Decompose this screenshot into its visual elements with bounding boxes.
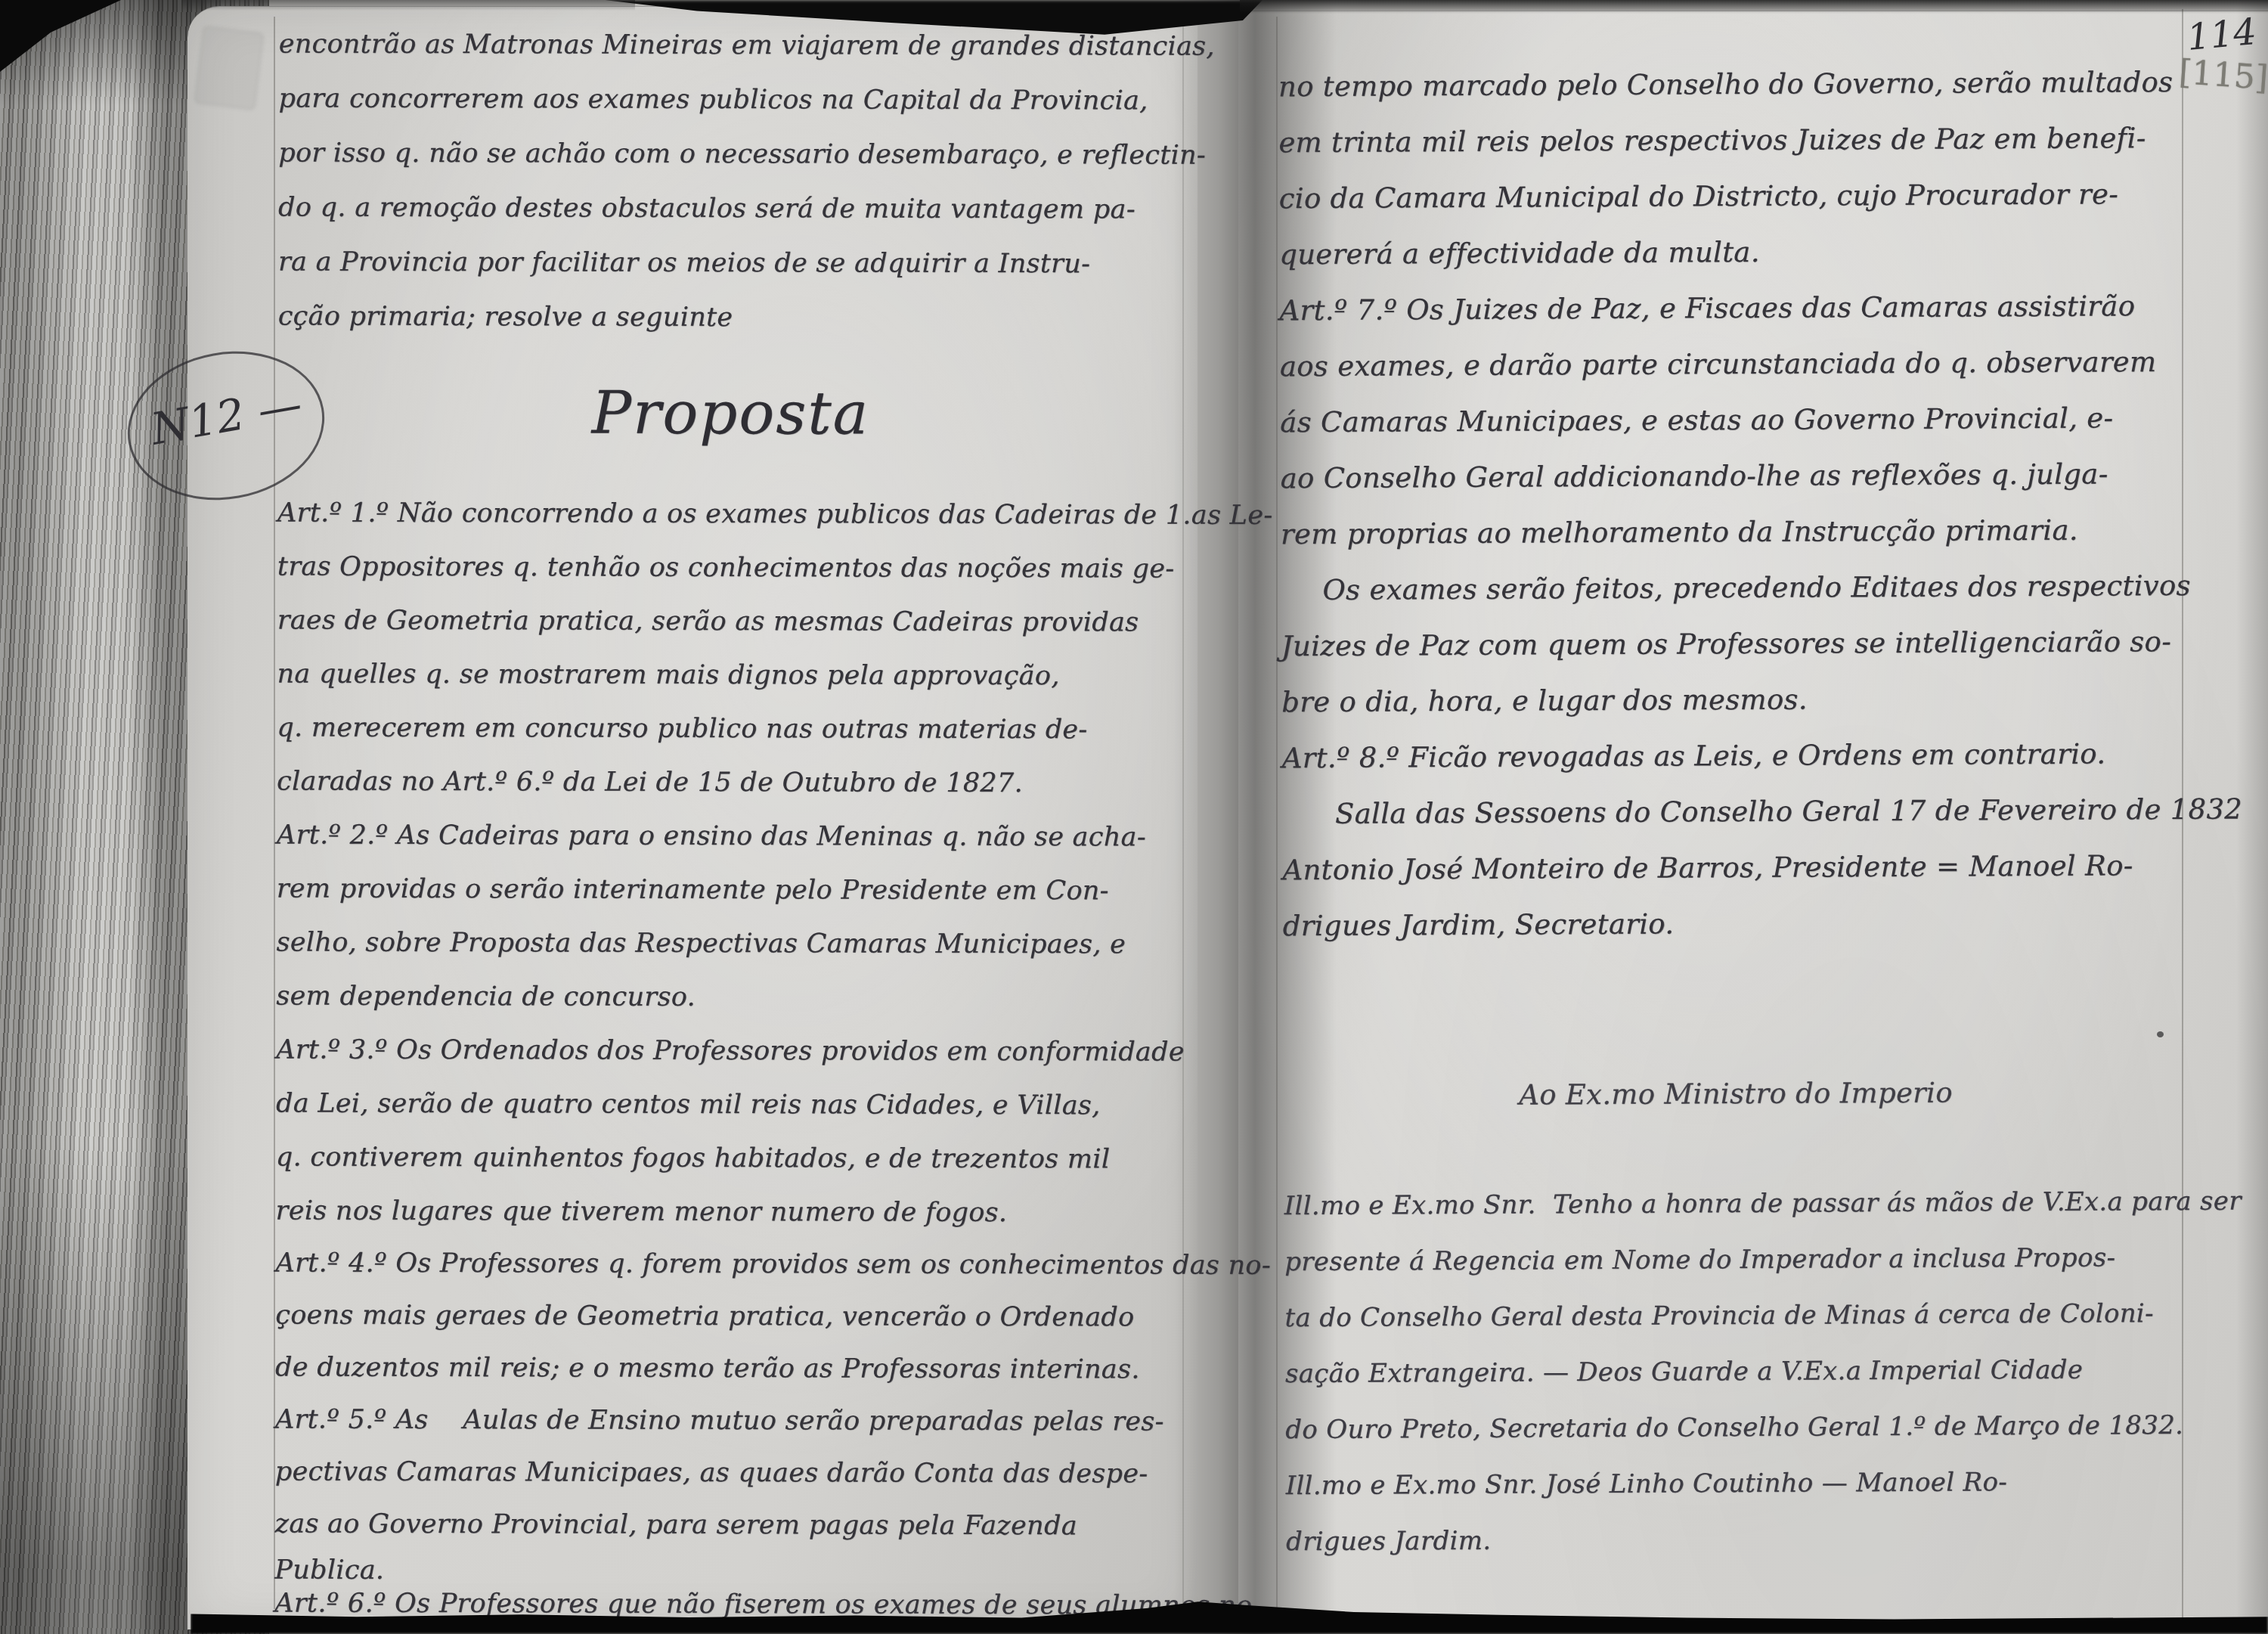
section-heading-proposta: Proposta (277, 378, 1183, 448)
manuscript-line: bre o dia, hora, e lugar dos mesmos. (1281, 683, 1808, 718)
photo-top-edge-left (181, 0, 635, 11)
manuscript-line: zas ao Governo Provincial, para serem pa… (274, 1508, 1077, 1541)
manuscript-line: ta do Conselho Geral desta Provincia de … (1284, 1298, 2154, 1333)
marginal-number-n12: N12 — (147, 378, 306, 455)
manuscript-line: tras Oppositores q. tenhão os conhecimen… (277, 551, 1175, 584)
page-number-ink: 114 (2186, 11, 2258, 59)
manuscript-line: da Lei, serão de quatro centos mil reis … (276, 1088, 1101, 1121)
manuscript-line: Art.º 1.º Não concorrendo a os exames pu… (277, 498, 1272, 530)
manuscript-line: drigues Jardim. (1286, 1526, 1491, 1557)
manuscript-line: Art.º 5.º As Aulas de Ensino mutuo serão… (275, 1404, 1164, 1437)
manuscript-line: Art.º 7.º Os Juizes de Paz, e Fiscaes da… (1279, 290, 2135, 327)
manuscript-line: ás Camaras Municipaes, e estas ao Govern… (1280, 402, 2113, 439)
photo-top-edge-right (1240, 0, 2268, 14)
manuscript-line: Art.º 4.º Os Professores q. forem provid… (275, 1248, 1271, 1280)
manuscript-line: cção primaria; resolve a seguinte (278, 301, 733, 333)
manuscript-line: na quelles q. se mostrarem mais dignos p… (277, 659, 1059, 691)
manuscript-line: Ill.mo e Ex.mo Snr. José Linho Coutinho … (1286, 1467, 2007, 1501)
manuscript-line: no tempo marcado pelo Conselho do Govern… (1278, 66, 2173, 103)
manuscript-line: cio da Camara Municipal do Districto, cu… (1279, 178, 2118, 215)
manuscript-line: q. contiverem quinhentos fogos habitados… (276, 1142, 1110, 1174)
manuscript-line: rem proprias ao melhoramento da Instrucç… (1281, 514, 2078, 551)
manuscript-line: Ill.mo e Ex.mo Snr. Tenho a honra de pas… (1284, 1186, 2242, 1221)
manuscript-line: para concorrerem aos exames publicos na … (278, 83, 1148, 116)
right-page-left-margin-rule (1276, 17, 1278, 1618)
manuscript-line: q. merecerem em concurso publico nas out… (277, 712, 1087, 745)
manuscript-line: do Ouro Preto, Secretaria do Conselho Ge… (1285, 1410, 2183, 1445)
manuscript-line: Art.º 3.º Os Ordenados dos Professores p… (276, 1034, 1185, 1067)
manuscript-line: do q. a remoção destes obstaculos será d… (278, 192, 1136, 225)
manuscript-line: reis nos lugares que tiverem menor numer… (276, 1195, 1008, 1228)
manuscript-line: sem dependencia de concurso. (276, 981, 696, 1012)
manuscript-line: Art.º 2.º As Cadeiras para o ensino das … (277, 820, 1146, 852)
manuscript-line: çoens mais geraes de Geometria pratica, … (275, 1300, 1134, 1332)
manuscript-line: raes de Geometria pratica, serão as mesm… (277, 605, 1139, 637)
manuscript-line: sação Extrangeira. — Deos Guarde a V.Ex.… (1285, 1355, 2084, 1390)
manuscript-line: de duzentos mil reis; e o mesmo terão as… (275, 1352, 1140, 1384)
manuscript-line: Publica. (274, 1555, 384, 1585)
page-number-pencil: [115] (2177, 53, 2268, 98)
manuscript-line: em trinta mil reis pelos respectivos Jui… (1278, 122, 2146, 159)
manuscript-line: encontrão as Matronas Mineiras em viajar… (279, 29, 1215, 61)
manuscript-line: Antonio José Monteiro de Barros, Preside… (1282, 849, 2133, 886)
manuscript-line: drigues Jardim, Secretario. (1283, 907, 1675, 942)
manuscript-line: Juizes de Paz com quem os Professores se… (1281, 625, 2171, 662)
manuscript-line: Salla das Sessoens do Conselho Geral 17 … (1335, 792, 2242, 829)
manuscript-line: Os exames serão feitos, precedendo Edita… (1322, 569, 2191, 606)
manuscript-line: presente á Regencia em Nome do Imperador… (1284, 1242, 2115, 1277)
manuscript-line: rem providas o serão interinamente pelo … (277, 873, 1109, 906)
right-page-text-column: no tempo marcado pelo Conselho do Govern… (1278, 0, 2190, 1634)
manuscript-line: quererá a effectividade da multa. (1279, 236, 1760, 271)
manuscript-line: ao Conselho Geral addicionando-lhe as re… (1281, 457, 2108, 495)
manuscript-line: claradas no Art.º 6.º da Lei de 15 de Ou… (277, 766, 1023, 798)
manuscript-line: ra a Provincia por facilitar os meios de… (278, 246, 1090, 279)
manuscript-book-photo: encontrão as Matronas Mineiras em viajar… (0, 0, 2268, 1634)
manuscript-line: pectivas Camaras Municipaes, as quaes da… (275, 1456, 1148, 1489)
manuscript-line: Art.º 8.º Ficão revogadas as Leis, e Ord… (1281, 737, 2105, 774)
manuscript-line: selho, sobre Proposta das Respectivas Ca… (277, 927, 1126, 960)
faint-pencil-smudge (194, 25, 265, 110)
manuscript-line: aos exames, e darão parte circunstanciad… (1280, 346, 2157, 383)
letter-heading-minister: Ao Ex.mo Ministro do Imperio (1284, 1075, 2188, 1112)
left-page-text-column: encontrão as Matronas Mineiras em viajar… (274, 0, 1185, 1634)
manuscript-line: por isso q. não se achão com o necessari… (278, 138, 1206, 170)
